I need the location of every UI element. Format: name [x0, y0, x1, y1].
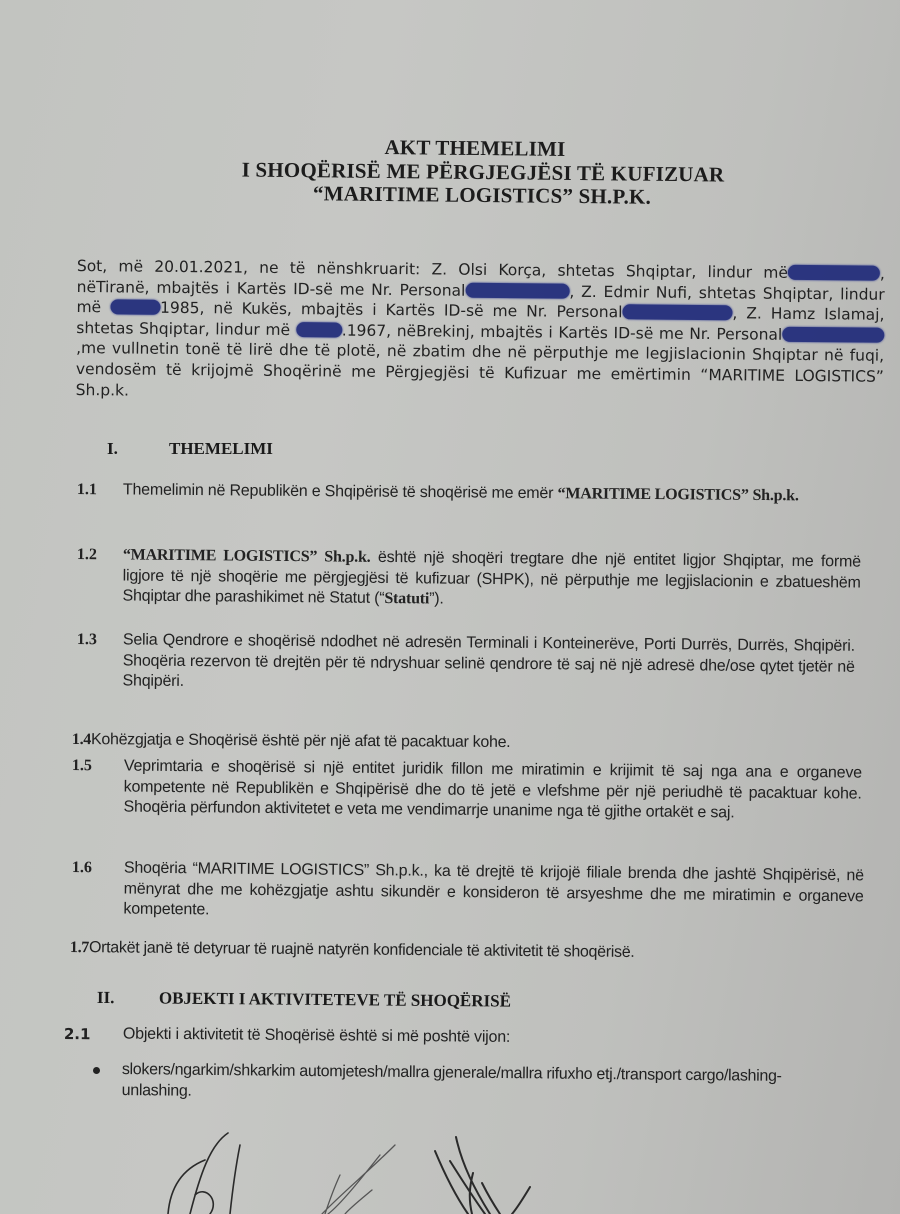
signature-3 — [435, 1137, 530, 1214]
clause-text: Objekti i aktivitetit të Shoqërisë është… — [123, 1026, 510, 1046]
clause-number: 1.3 — [77, 630, 97, 651]
clause-2-1: 2.1 Objekti i aktivitetit të Shoqërisë ë… — [64, 1024, 864, 1031]
clause-number: 1.1 — [77, 480, 97, 501]
redaction-mark — [465, 282, 569, 298]
clause-number: 1.2 — [77, 545, 97, 566]
clause-1-6: 1.6 Shoqëria “MARITIME LOGISTICS” Sh.p.k… — [72, 858, 872, 866]
clause-text: Veprimtaria e shoqërisë si një entitet j… — [123, 757, 862, 821]
clause-number: 1.7 — [70, 939, 89, 956]
company-name: “MARITIME LOGISTICS” Sh.p.k. — [123, 546, 371, 565]
redaction-mark — [622, 304, 732, 320]
clause-text: Selia Qendrore e shoqërisë ndodhet në ad… — [122, 631, 854, 690]
intro-text: .1967, nëBrekinj, mbajtës i Kartës ID-së… — [342, 321, 783, 343]
statute-term: Statuti — [384, 590, 429, 607]
clause-text: ”). — [429, 590, 444, 607]
section-title: OBJEKTI I AKTIVITETEVE TË SHOQËRISË — [159, 989, 511, 1012]
company-name: “MARITIME LOGISTICS” Sh.p.k. — [557, 485, 798, 504]
signature-2 — [322, 1145, 395, 1214]
clause-1-1: 1.1 Themelimin në Republikën e Shqipëris… — [77, 480, 867, 487]
intro-paragraph: Sot, më 20.01.2021, ne të nënshkruarit: … — [76, 256, 885, 408]
clause-number: 1.6 — [72, 858, 92, 879]
clause-1-7: 1.7Ortakët janë të detyruar të ruajnë na… — [70, 938, 635, 963]
clause-1-4: 1.4Kohëzgjatja e Shoqërisë është për një… — [72, 730, 511, 754]
clause-1-3: 1.3 Selia Qendrore e shoqërisë ndodhet n… — [77, 630, 867, 637]
bullet-icon — [93, 1067, 100, 1074]
redaction-mark — [296, 322, 342, 337]
signature-1 — [168, 1133, 240, 1214]
document-page: AKT THEMELIMI I SHOQËRISË ME PËRGJEGJËSI… — [0, 0, 900, 1214]
clause-number: 1.4 — [72, 731, 91, 748]
intro-text: ,me vullnetin tonë të lirë dhe të plotë,… — [76, 339, 885, 399]
clause-text: Kohëzgjatja e Shoqërisë është për një af… — [91, 731, 510, 751]
signatures — [150, 1125, 570, 1214]
section-title: THEMELIMI — [169, 439, 273, 459]
redaction-mark — [788, 265, 880, 281]
clause-number: 1.5 — [72, 756, 92, 777]
clause-1-2: 1.2 “MARITIME LOGISTICS” Sh.p.k. është n… — [77, 545, 867, 553]
clause-number: 2.1 — [64, 1024, 91, 1045]
clause-1-5: 1.5 Veprimtaria e shoqërisë si një entit… — [72, 756, 872, 764]
clause-text: Ortakët janë të detyruar të ruajnë natyr… — [89, 939, 635, 961]
bullet-item: slokers/ngarkim/shkarkim automjetesh/mal… — [122, 1060, 792, 1067]
section-number: II. — [97, 988, 115, 1008]
section-number: I. — [107, 439, 118, 459]
intro-text: 1985, në Kukës, mbajtës i Kartës ID-së m… — [160, 299, 623, 321]
redaction-mark — [110, 300, 160, 315]
redaction-mark — [782, 327, 884, 343]
clause-text: Shoqëria “MARITIME LOGISTICS” Sh.p.k., k… — [123, 860, 864, 919]
clause-text: Themelimin në Republikën e Shqipërisë të… — [123, 481, 554, 502]
bullet-text: slokers/ngarkim/shkarkim automjetesh/mal… — [122, 1060, 787, 1108]
